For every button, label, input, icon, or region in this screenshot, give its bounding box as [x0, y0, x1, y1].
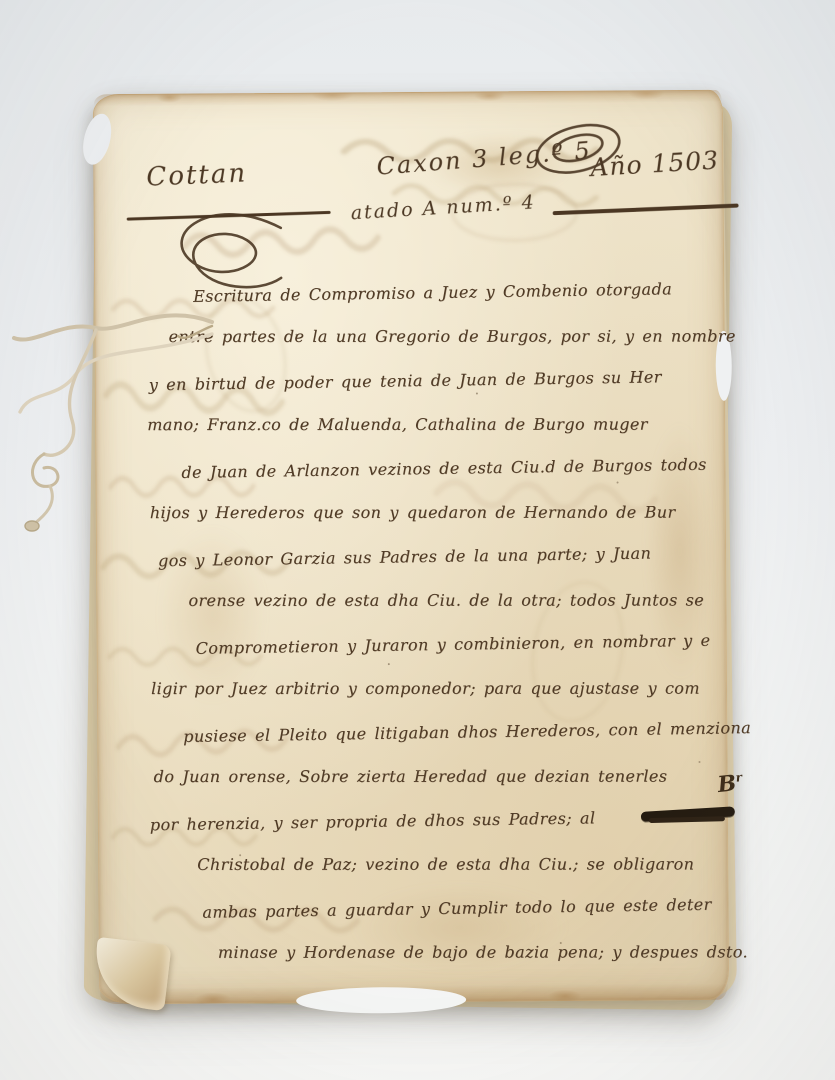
- manuscript-page: Cottan Caxon 3 leg.º 5 atado A num.º 4 A…: [93, 90, 729, 1004]
- handwritten-line: entre partes de la una Gregorio de Burgo…: [169, 327, 724, 371]
- docket-box-number: Caxon 3 leg.º 5: [376, 136, 593, 180]
- strikeout-label: Br: [716, 769, 744, 798]
- docket-collection-label: Cottan: [146, 158, 248, 192]
- strikeout-blot: Br: [639, 785, 743, 836]
- docket-underline: [553, 203, 739, 215]
- ink-blot: [649, 816, 725, 823]
- docket-underline: [127, 211, 331, 221]
- torn-notch: [78, 111, 115, 168]
- handwritten-line: Comprometieron y Juraron y combinieron, …: [195, 630, 726, 682]
- handwritten-line: mano; Franz.co de Maluenda, Cathalina de…: [147, 415, 724, 460]
- handwritten-line: ambas partes a guardar y Cumplir todo lo…: [202, 895, 728, 947]
- handwritten-line: y en birtud de poder que tenia de Juan d…: [149, 366, 725, 419]
- torn-edge-top: [94, 90, 722, 106]
- handwritten-line: minase y Hordenase de bajo de bazia pena…: [218, 942, 728, 986]
- torn-notch: [296, 987, 466, 1014]
- handwritten-line: Escritura de Compromiso a Juez y Combeni…: [193, 279, 724, 331]
- photo-backdrop: Cottan Caxon 3 leg.º 5 atado A num.º 4 A…: [0, 0, 835, 1080]
- handwritten-line: hijos y Herederos que son y quedaron de …: [150, 503, 725, 548]
- handwritten-line: pusiese el Pleito que litigaban dhos Her…: [183, 718, 727, 771]
- handwritten-line: de Juan de Arlanzon vezinos de esta Ciu.…: [181, 454, 725, 507]
- handwritten-line: orense vezino de esta dha Ciu. de la otr…: [188, 590, 725, 634]
- handwritten-line: gos y Leonor Garzia sus Padres de la una…: [158, 542, 726, 595]
- manuscript-body: Escritura de Compromiso a Juez y Combeni…: [95, 281, 728, 989]
- handwritten-line: Christobal de Paz; vezino de esta dha Ci…: [197, 854, 727, 898]
- docket-year: Año 1503: [590, 145, 720, 182]
- handwritten-line: ligir por Juez arbitrio y componedor; pa…: [151, 679, 726, 724]
- docket-bundle-number: atado A num.º 4: [350, 191, 536, 224]
